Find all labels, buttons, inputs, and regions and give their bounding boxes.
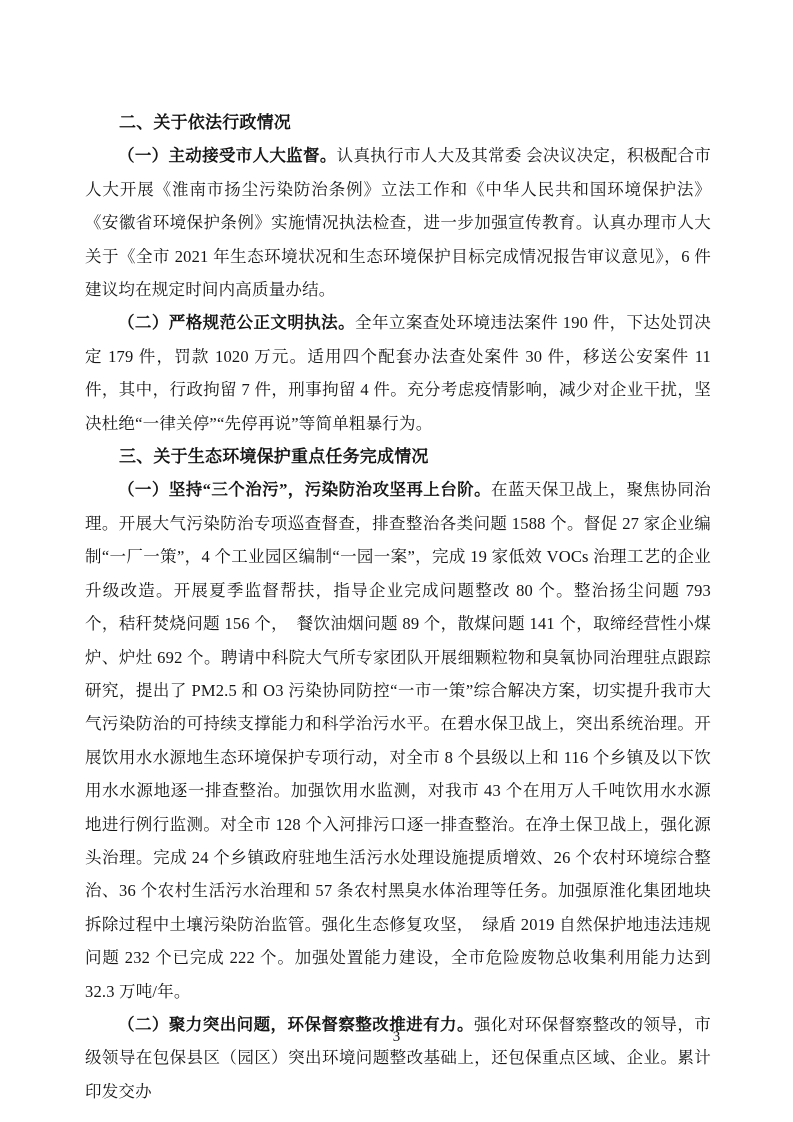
page-number: 3: [0, 1029, 793, 1046]
paragraph-inspection-rectification: （二）聚力突出问题，环保督察整改推进有力。强化对环保督察整改的领导，市级领导在包…: [85, 1008, 711, 1108]
section-heading-law-based-administration: 二、关于依法行政情况: [85, 106, 711, 139]
paragraph-lead-pollution-control: （一）坚持“三个治污”，污染防治攻坚再上台阶。: [118, 480, 491, 499]
paragraph-lead-npc-supervision: （一）主动接受市人大监督。: [118, 146, 337, 165]
paragraph-body-npc-supervision: 认真执行市人大及其常委 会决议决定，积极配合市人大开展《淮南市扬尘污染防治条例》…: [85, 146, 711, 299]
paragraph-body-pollution-control: 在蓝天保卫战上，聚焦协同治理。开展大气污染防治专项巡查督查，排查整治各类问题 1…: [85, 480, 711, 1000]
section-heading-key-tasks: 三、关于生态环境保护重点任务完成情况: [85, 440, 711, 473]
document-page: 二、关于依法行政情况 （一）主动接受市人大监督。认真执行市人大及其常委 会决议决…: [0, 0, 793, 1122]
paragraph-lead-law-enforcement: （二）严格规范公正文明执法。: [118, 313, 355, 332]
paragraph-law-enforcement: （二）严格规范公正文明执法。全年立案查处环境违法案件 190 件，下达处罚决定 …: [85, 306, 711, 440]
paragraph-npc-supervision: （一）主动接受市人大监督。认真执行市人大及其常委 会决议决定，积极配合市人大开展…: [85, 139, 711, 306]
paragraph-pollution-control: （一）坚持“三个治污”，污染防治攻坚再上台阶。在蓝天保卫战上，聚焦协同治理。开展…: [85, 473, 711, 1008]
document-content: 二、关于依法行政情况 （一）主动接受市人大监督。认真执行市人大及其常委 会决议决…: [85, 106, 711, 1108]
